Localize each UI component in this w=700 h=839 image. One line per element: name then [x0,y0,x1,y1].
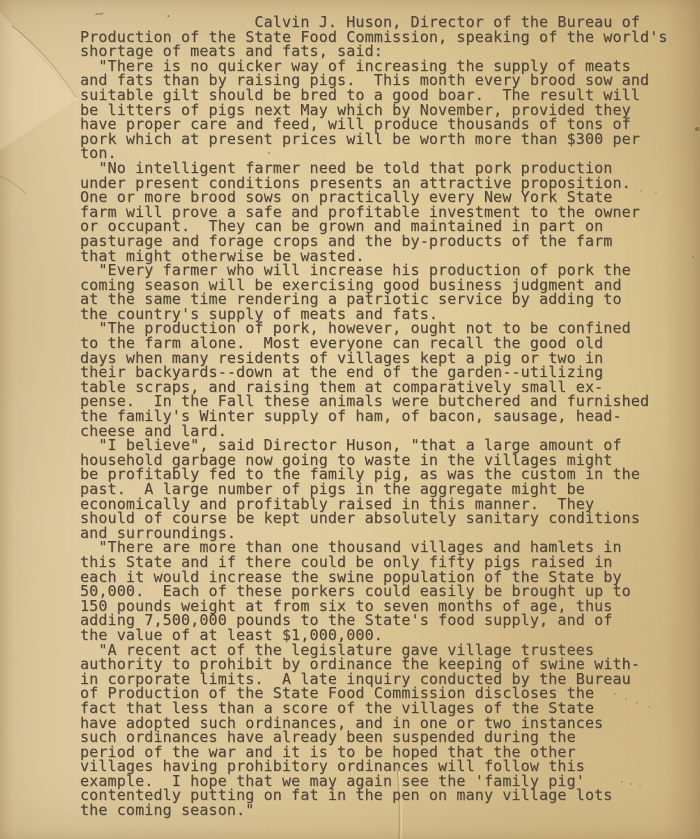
ink-speck [695,127,699,131]
crease-line [0,176,26,194]
ink-speck [630,783,632,785]
crease-line [13,28,77,100]
ink-speck [639,785,641,787]
ink-speck [692,256,694,258]
crease-highlight [0,12,77,150]
ink-speck [621,781,623,783]
ink-speck [648,706,650,708]
crease-line [12,26,76,98]
typewritten-text: Calvin J. Huson, Director of the Bureau … [80,15,668,818]
ink-speck [268,152,270,154]
ink-speck [614,693,616,695]
ink-speck [636,702,638,704]
ink-speck [655,192,657,194]
ink-speck [625,698,627,700]
ink-speck [640,190,642,192]
document-page: ~ . Calvin J. Huson, Director of the Bur… [0,0,700,839]
